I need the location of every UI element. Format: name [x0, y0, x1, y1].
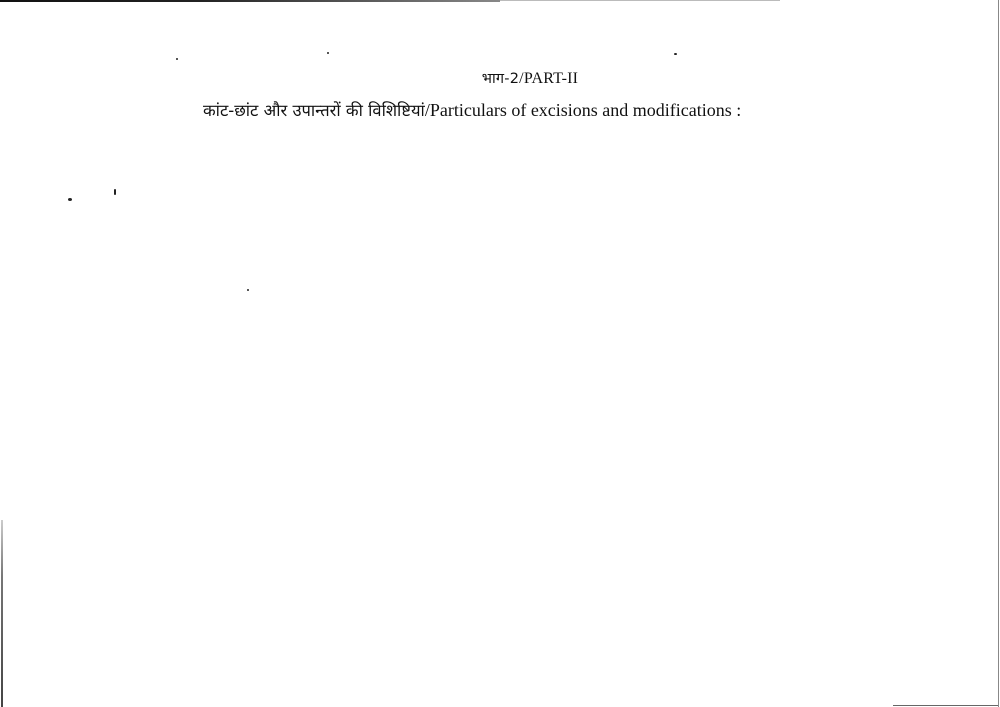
part-heading: भाग-2/PART-II	[0, 68, 1000, 88]
scan-speck	[247, 289, 249, 291]
scan-speck	[327, 52, 329, 54]
part-heading-english: PART-II	[524, 70, 578, 87]
part-heading-hindi: भाग-2	[482, 71, 519, 87]
scan-speck	[674, 53, 677, 55]
section-heading: कांट-छांट और उपान्तरों की विशिष्टियां/Pa…	[203, 98, 741, 121]
scan-border-top	[0, 0, 500, 2]
section-heading-hindi: कांट-छांट और उपान्तरों की विशिष्टियां	[203, 101, 425, 120]
scan-speck	[68, 198, 72, 201]
scanned-page: भाग-2/PART-II कांट-छांट और उपान्तरों की …	[0, 0, 1000, 707]
scan-border-right	[998, 0, 999, 707]
scan-border-left	[1, 520, 3, 707]
section-heading-english: Particulars of excisions and modificatio…	[430, 100, 741, 120]
scan-speck	[176, 58, 178, 60]
scan-border-top-faint	[500, 0, 780, 1]
scan-border-bottom	[893, 705, 998, 706]
scan-speck	[114, 189, 116, 195]
